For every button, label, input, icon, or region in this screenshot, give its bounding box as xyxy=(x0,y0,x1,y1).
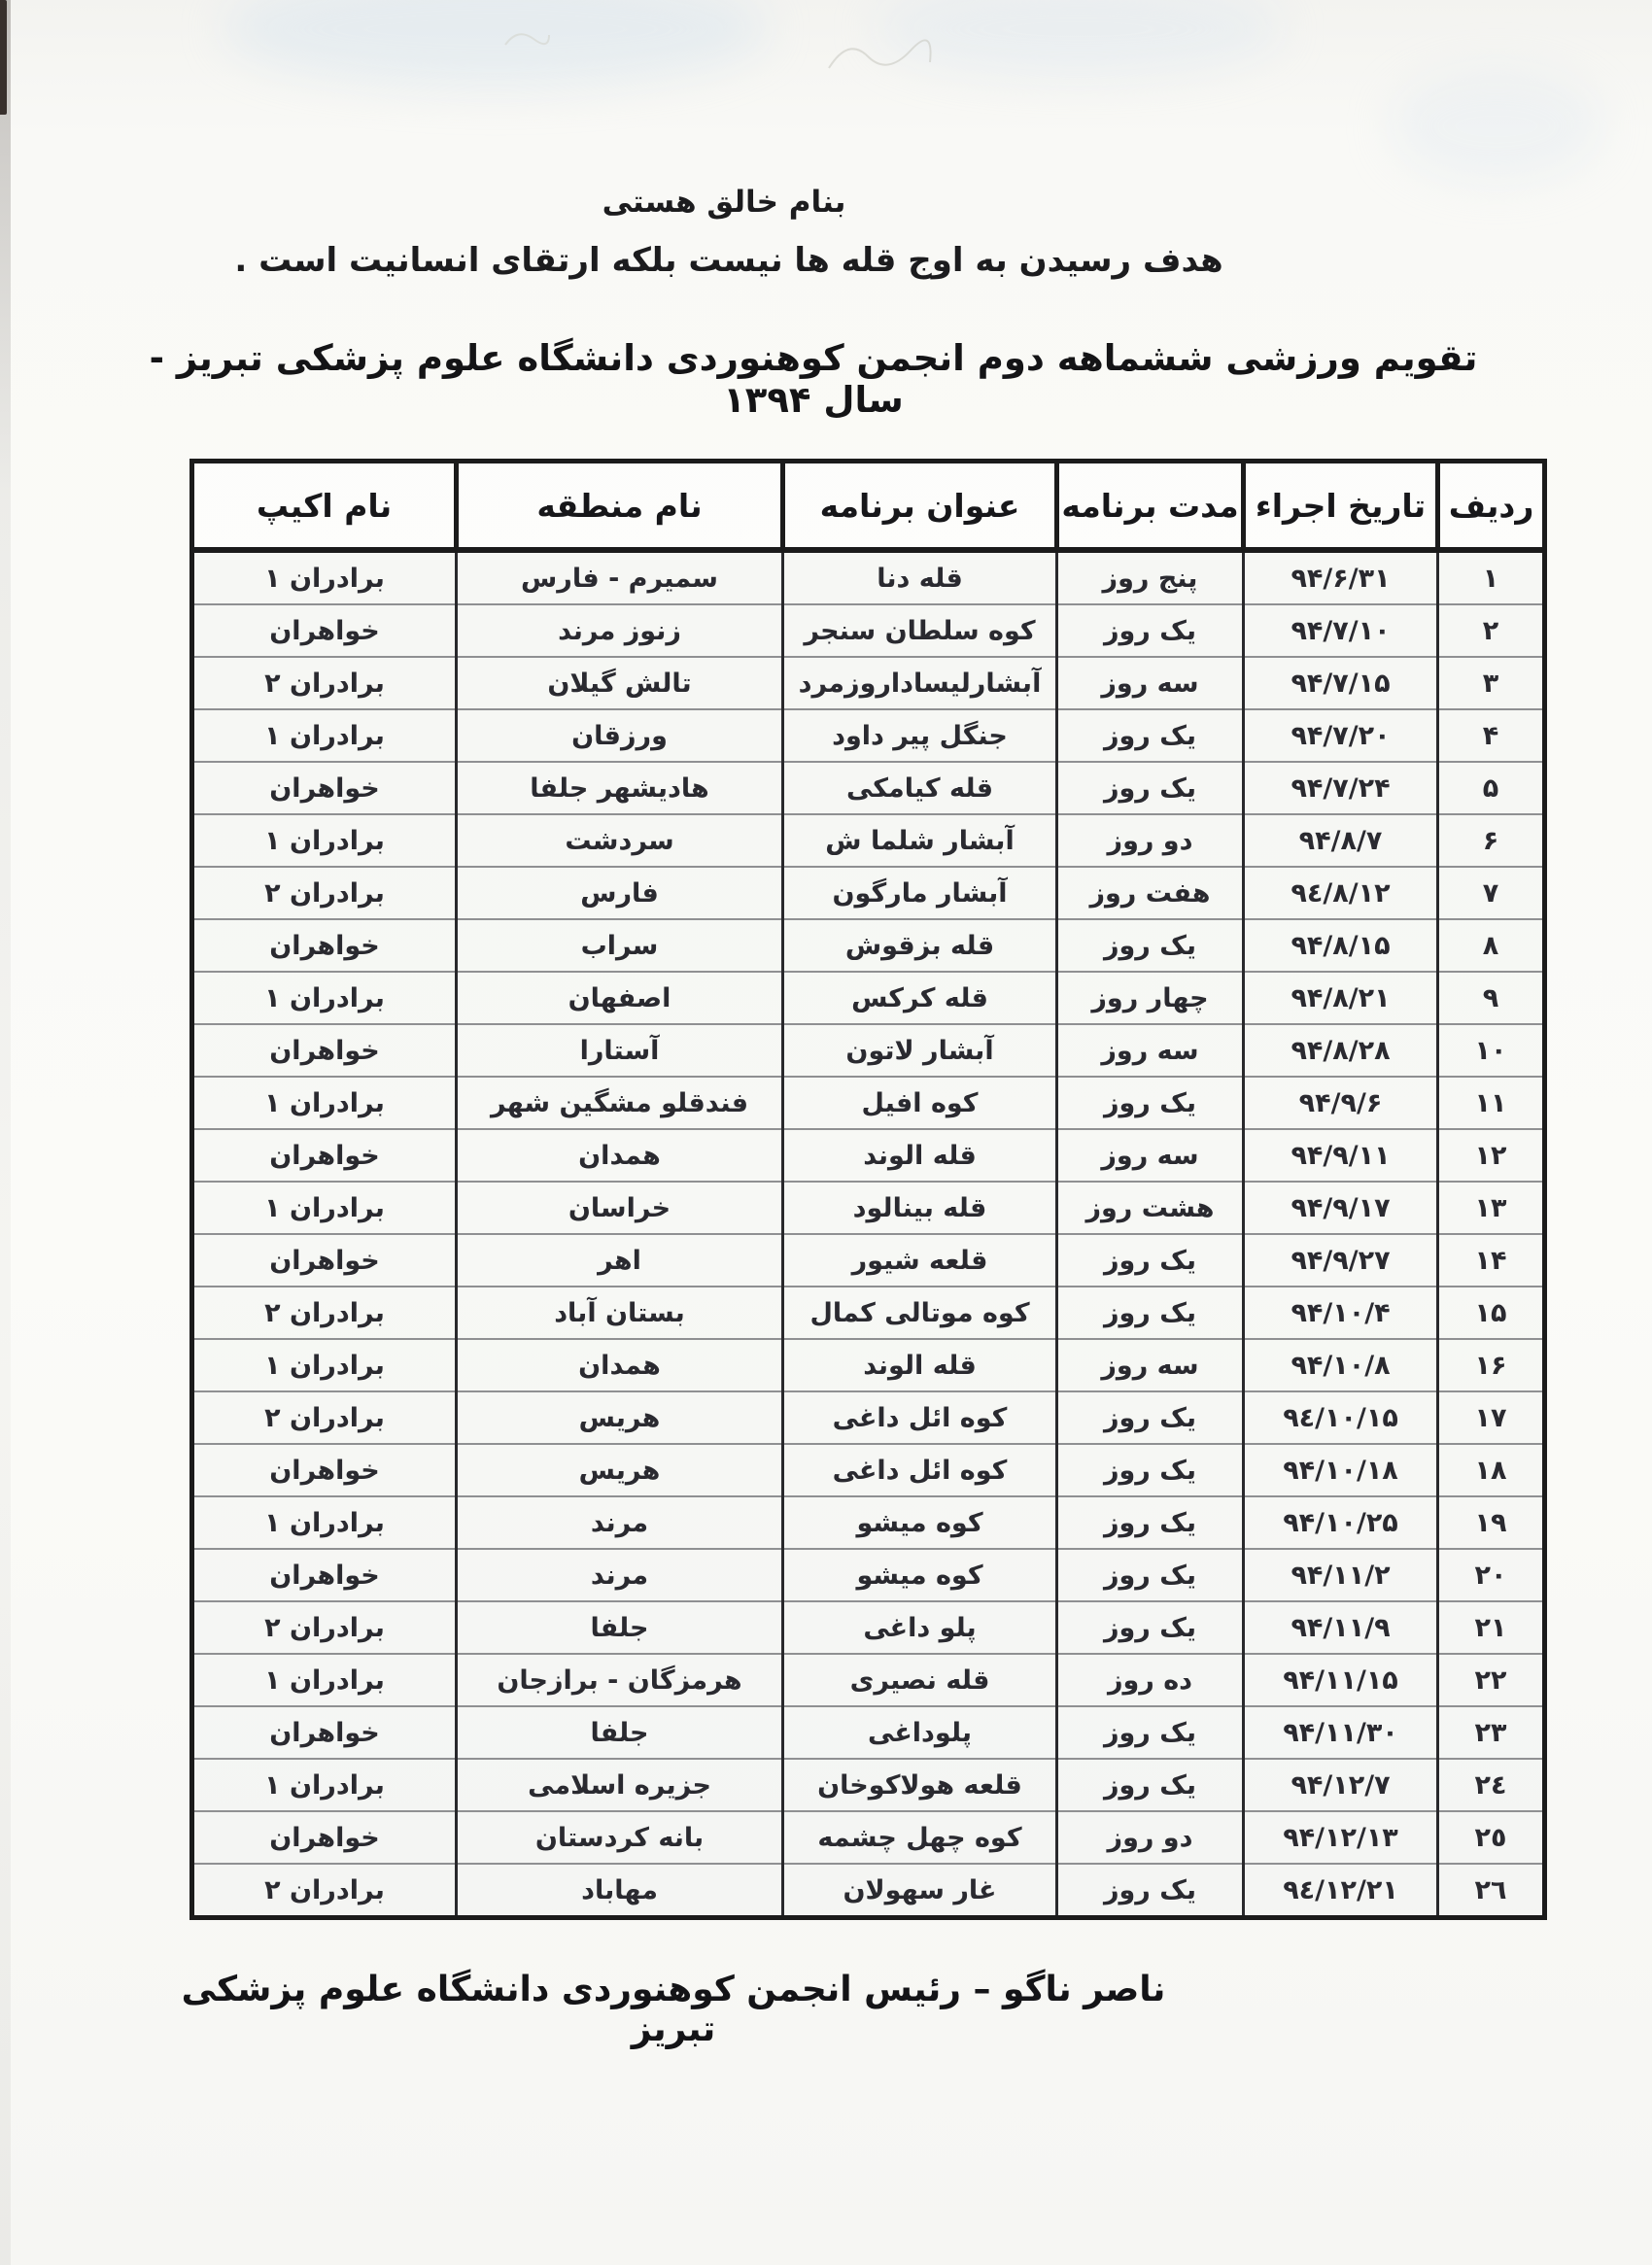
document-title: تقویم ورزشی ششماهه دوم انجمن کوهنوردی دا… xyxy=(133,337,1494,421)
title-cell: کوه ائل داغی xyxy=(783,1444,1057,1496)
duration-cell: یک روز xyxy=(1057,1234,1244,1287)
region-cell: بستان آباد xyxy=(457,1287,783,1339)
pencil-scribble xyxy=(821,29,938,83)
title-cell: قله نصیری xyxy=(783,1654,1057,1706)
signature-line: ناصر ناگو – رئیس انجمن کوهنوردی دانشگاه … xyxy=(139,1970,1208,2049)
date-cell: ۹۴/۸/۷ xyxy=(1244,814,1438,867)
duration-cell: یک روز xyxy=(1057,1759,1244,1811)
title-cell: کوه افیل xyxy=(783,1077,1057,1129)
duration-cell: پنج روز xyxy=(1057,550,1244,604)
table-row: ۱۲۹۴/۹/۱۱سه روزقله الوندهمدانخواهران xyxy=(192,1129,1545,1182)
region-cell: هریس xyxy=(457,1444,783,1496)
duration-cell: دو روز xyxy=(1057,814,1244,867)
team-cell: خواهران xyxy=(192,604,457,657)
team-cell: برادران ۱ xyxy=(192,1182,457,1234)
duration-cell: یک روز xyxy=(1057,1864,1244,1918)
region-cell: سراب xyxy=(457,919,783,972)
table-row: ۹۹۴/۸/۲۱چهار روزقله کرکساصفهانبرادران ۱ xyxy=(192,972,1545,1024)
duration-cell: یک روز xyxy=(1057,1496,1244,1549)
duration-cell: چهار روز xyxy=(1057,972,1244,1024)
table-row: ۲۲۹۴/۱۱/۱۵ده روزقله نصیریهرمزگان - برازج… xyxy=(192,1654,1545,1706)
table-row: ۲٦۹٤/۱۲/۲۱یک روزغار سهولانمهابادبرادران … xyxy=(192,1864,1545,1918)
date-cell: ۹۴/۹/۶ xyxy=(1244,1077,1438,1129)
date-cell: ۹۴/۸/۱۵ xyxy=(1244,919,1438,972)
title-cell: قله دنا xyxy=(783,550,1057,604)
rownum-cell: ۱ xyxy=(1438,550,1545,604)
region-cell: مرند xyxy=(457,1496,783,1549)
region-cell: هریس xyxy=(457,1391,783,1444)
team-cell: برادران ۱ xyxy=(192,1077,457,1129)
date-cell: ۹۴/۷/۲۰ xyxy=(1244,709,1438,762)
date-cell: ۹۴/۷/۲۴ xyxy=(1244,762,1438,814)
date-cell: ۹۴/۹/۱۷ xyxy=(1244,1182,1438,1234)
region-cell: جلفا xyxy=(457,1601,783,1654)
header-execution-date: تاریخ اجراء xyxy=(1244,462,1438,551)
table-row: ۸۹۴/۸/۱۵یک روزقله بزقوشسرابخواهران xyxy=(192,919,1545,972)
rownum-cell: ۵ xyxy=(1438,762,1545,814)
team-cell: برادران ۲ xyxy=(192,657,457,709)
title-cell: قله الوند xyxy=(783,1129,1057,1182)
region-cell: همدان xyxy=(457,1339,783,1391)
motto-heading: هدف رسیدن به اوج قله ها نیست بلکه ارتقای… xyxy=(0,241,1458,280)
title-cell: کوه میشو xyxy=(783,1496,1057,1549)
rownum-cell: ۲۰ xyxy=(1438,1549,1545,1601)
table-row: ۴۹۴/۷/۲۰یک روزجنگل پیر داودورزقانبرادران… xyxy=(192,709,1545,762)
date-cell: ۹۴/۱۱/۹ xyxy=(1244,1601,1438,1654)
header-row-number: ردیف xyxy=(1438,462,1545,551)
title-cell: جنگل پیر داود xyxy=(783,709,1057,762)
region-cell: سردشت xyxy=(457,814,783,867)
team-cell: برادران ۱ xyxy=(192,814,457,867)
title-cell: آبشار شلما ش xyxy=(783,814,1057,867)
date-cell: ۹۴/۱۱/۲ xyxy=(1244,1549,1438,1601)
region-cell: جزیره اسلامی xyxy=(457,1759,783,1811)
table-row: ۵۹۴/۷/۲۴یک روزقله کیامکیهادیشهر جلفاخواه… xyxy=(192,762,1545,814)
table-row: ۱۸۹۴/۱۰/۱۸یک روزکوه ائل داغیهریسخواهران xyxy=(192,1444,1545,1496)
date-cell: ۹۴/۷/۱۵ xyxy=(1244,657,1438,709)
header-row: ردیف تاریخ اجراء مدت برنامه عنوان برنامه… xyxy=(192,462,1545,551)
date-cell: ۹۴/۸/۲۸ xyxy=(1244,1024,1438,1077)
rownum-cell: ۳ xyxy=(1438,657,1545,709)
region-cell: جلفا xyxy=(457,1706,783,1759)
duration-cell: سه روز xyxy=(1057,657,1244,709)
title-cell: قلعه شیور xyxy=(783,1234,1057,1287)
duration-cell: یک روز xyxy=(1057,1287,1244,1339)
duration-cell: یک روز xyxy=(1057,1444,1244,1496)
date-cell: ۹۴/۹/۲۷ xyxy=(1244,1234,1438,1287)
team-cell: خواهران xyxy=(192,1129,457,1182)
table-row: ۷۹٤/۸/۱۲هفت روزآبشار مارگونفارسبرادران ۲ xyxy=(192,867,1545,919)
rownum-cell: ۱۹ xyxy=(1438,1496,1545,1549)
rownum-cell: ۱۱ xyxy=(1438,1077,1545,1129)
title-cell: کوه موتالی کمال xyxy=(783,1287,1057,1339)
duration-cell: یک روز xyxy=(1057,709,1244,762)
scan-left-edge-mark xyxy=(0,0,7,115)
rownum-cell: ۱۲ xyxy=(1438,1129,1545,1182)
date-cell: ۹٤/۸/۱۲ xyxy=(1244,867,1438,919)
title-cell: قله کیامکی xyxy=(783,762,1057,814)
team-cell: خواهران xyxy=(192,1549,457,1601)
date-cell: ۹۴/۱۲/۱۳ xyxy=(1244,1811,1438,1864)
team-cell: برادران ۱ xyxy=(192,1339,457,1391)
title-cell: قله بزقوش xyxy=(783,919,1057,972)
rownum-cell: ۱۷ xyxy=(1438,1391,1545,1444)
region-cell: اصفهان xyxy=(457,972,783,1024)
title-cell: غار سهولان xyxy=(783,1864,1057,1918)
team-cell: برادران ۱ xyxy=(192,1759,457,1811)
duration-cell: هشت روز xyxy=(1057,1182,1244,1234)
rownum-cell: ۷ xyxy=(1438,867,1545,919)
team-cell: برادران ۱ xyxy=(192,1496,457,1549)
rownum-cell: ۴ xyxy=(1438,709,1545,762)
team-cell: برادران ۲ xyxy=(192,867,457,919)
title-cell: کوه چهل چشمه xyxy=(783,1811,1057,1864)
date-cell: ۹۴/۱۱/۳۰ xyxy=(1244,1706,1438,1759)
title-cell: کوه میشو xyxy=(783,1549,1057,1601)
date-cell: ۹۴/۱۰/۴ xyxy=(1244,1287,1438,1339)
team-cell: برادران ۲ xyxy=(192,1601,457,1654)
scanned-document-page: { "colors": { "ink": "#1b1b1b", "paper":… xyxy=(0,0,1652,2265)
region-cell: مرند xyxy=(457,1549,783,1601)
date-cell: ۹۴/۱۲/۷ xyxy=(1244,1759,1438,1811)
date-cell: ۹٤/۱۰/۱۵ xyxy=(1244,1391,1438,1444)
rownum-cell: ۱۳ xyxy=(1438,1182,1545,1234)
date-cell: ۹۴/۱۰/۲۵ xyxy=(1244,1496,1438,1549)
title-cell: آبشار مارگون xyxy=(783,867,1057,919)
rownum-cell: ۶ xyxy=(1438,814,1545,867)
title-cell: پلو داغی xyxy=(783,1601,1057,1654)
title-cell: پلوداغی xyxy=(783,1706,1057,1759)
scan-tint-blob xyxy=(224,0,768,87)
duration-cell: هفت روز xyxy=(1057,867,1244,919)
rownum-cell: ۸ xyxy=(1438,919,1545,972)
rownum-cell: ۲ xyxy=(1438,604,1545,657)
team-cell: برادران ۱ xyxy=(192,1654,457,1706)
region-cell: آستارا xyxy=(457,1024,783,1077)
duration-cell: سه روز xyxy=(1057,1129,1244,1182)
table-row: ۲٥۹۴/۱۲/۱۳دو روزکوه چهل چشمهبانه کردستان… xyxy=(192,1811,1545,1864)
title-cell: قله کرکس xyxy=(783,972,1057,1024)
region-cell: خراسان xyxy=(457,1182,783,1234)
table-row: ۱۳۹۴/۹/۱۷هشت روزقله بینالودخراسانبرادران… xyxy=(192,1182,1545,1234)
team-cell: برادران ۱ xyxy=(192,550,457,604)
schedule-table-body: ۱۹۴/۶/۳۱پنج روزقله دناسمیرم - فارسبرادرا… xyxy=(192,550,1545,1918)
duration-cell: یک روز xyxy=(1057,1549,1244,1601)
title-cell: آبشارلیساداروزمرد xyxy=(783,657,1057,709)
table-row: ۶۹۴/۸/۷دو روزآبشار شلما شسردشتبرادران ۱ xyxy=(192,814,1545,867)
title-cell: قلعه هولاکوخان xyxy=(783,1759,1057,1811)
date-cell: ۹۴/۷/۱۰ xyxy=(1244,604,1438,657)
rownum-cell: ۹ xyxy=(1438,972,1545,1024)
bismillah-heading: بنام خالق هستی xyxy=(0,185,1448,220)
team-cell: خواهران xyxy=(192,1706,457,1759)
region-cell: تالش گیلان xyxy=(457,657,783,709)
schedule-table-header: ردیف تاریخ اجراء مدت برنامه عنوان برنامه… xyxy=(192,462,1545,551)
schedule-table: ردیف تاریخ اجراء مدت برنامه عنوان برنامه… xyxy=(189,459,1547,1920)
duration-cell: یک روز xyxy=(1057,1391,1244,1444)
table-row: ۱۷۹٤/۱۰/۱۵یک روزکوه ائل داغیهریسبرادران … xyxy=(192,1391,1545,1444)
region-cell: بانه کردستان xyxy=(457,1811,783,1864)
team-cell: برادران ۲ xyxy=(192,1391,457,1444)
scan-left-edge-shade xyxy=(0,0,11,2265)
team-cell: خواهران xyxy=(192,919,457,972)
header-program-duration: مدت برنامه xyxy=(1057,462,1244,551)
region-cell: سمیرم - فارس xyxy=(457,550,783,604)
header-team-name: نام اکیپ xyxy=(192,462,457,551)
date-cell: ۹۴/۹/۱۱ xyxy=(1244,1129,1438,1182)
date-cell: ۹۴/۶/۳۱ xyxy=(1244,550,1438,604)
date-cell: ۹۴/۱۰/۸ xyxy=(1244,1339,1438,1391)
rownum-cell: ۲۳ xyxy=(1438,1706,1545,1759)
team-cell: خواهران xyxy=(192,1234,457,1287)
table-row: ۲۳۹۴/۱۱/۳۰یک روزپلوداغیجلفاخواهران xyxy=(192,1706,1545,1759)
duration-cell: یک روز xyxy=(1057,1706,1244,1759)
header-region-name: نام منطقه xyxy=(457,462,783,551)
team-cell: خواهران xyxy=(192,1811,457,1864)
duration-cell: یک روز xyxy=(1057,919,1244,972)
table-row: ۱۴۹۴/۹/۲۷یک روزقلعه شیوراهرخواهران xyxy=(192,1234,1545,1287)
rownum-cell: ۲٥ xyxy=(1438,1811,1545,1864)
team-cell: خواهران xyxy=(192,1024,457,1077)
region-cell: همدان xyxy=(457,1129,783,1182)
rownum-cell: ۱۶ xyxy=(1438,1339,1545,1391)
pencil-scribble xyxy=(500,23,554,52)
rownum-cell: ۱۰ xyxy=(1438,1024,1545,1077)
table-row: ۳۹۴/۷/۱۵سه روزآبشارلیساداروزمردتالش گیلا… xyxy=(192,657,1545,709)
duration-cell: ده روز xyxy=(1057,1654,1244,1706)
rownum-cell: ۲۲ xyxy=(1438,1654,1545,1706)
region-cell: فندقلو مشگین شهر xyxy=(457,1077,783,1129)
scan-tint-blob xyxy=(1390,68,1603,185)
rownum-cell: ۲۱ xyxy=(1438,1601,1545,1654)
title-cell: قله بینالود xyxy=(783,1182,1057,1234)
duration-cell: یک روز xyxy=(1057,762,1244,814)
duration-cell: یک روز xyxy=(1057,1077,1244,1129)
duration-cell: دو روز xyxy=(1057,1811,1244,1864)
table-row: ۲۱۹۴/۱۱/۹یک روزپلو داغیجلفابرادران ۲ xyxy=(192,1601,1545,1654)
table-row: ۲۰۹۴/۱۱/۲یک روزکوه میشومرندخواهران xyxy=(192,1549,1545,1601)
title-cell: آبشار لاتون xyxy=(783,1024,1057,1077)
table-row: ۱۱۹۴/۹/۶یک روزکوه افیلفندقلو مشگین شهربر… xyxy=(192,1077,1545,1129)
region-cell: هرمزگان - برازجان xyxy=(457,1654,783,1706)
team-cell: خواهران xyxy=(192,762,457,814)
team-cell: برادران ۲ xyxy=(192,1287,457,1339)
table-row: ۲۹۴/۷/۱۰یک روزکوه سلطان سنجرزنوز مرندخوا… xyxy=(192,604,1545,657)
duration-cell: یک روز xyxy=(1057,1601,1244,1654)
duration-cell: یک روز xyxy=(1057,604,1244,657)
header-program-title: عنوان برنامه xyxy=(783,462,1057,551)
rownum-cell: ۲٤ xyxy=(1438,1759,1545,1811)
region-cell: هادیشهر جلفا xyxy=(457,762,783,814)
date-cell: ۹۴/۸/۲۱ xyxy=(1244,972,1438,1024)
duration-cell: سه روز xyxy=(1057,1339,1244,1391)
region-cell: اهر xyxy=(457,1234,783,1287)
table-row: ۲٤۹۴/۱۲/۷یک روزقلعه هولاکوخانجزیره اسلام… xyxy=(192,1759,1545,1811)
team-cell: خواهران xyxy=(192,1444,457,1496)
table-row: ۱۵۹۴/۱۰/۴یک روزکوه موتالی کمالبستان آباد… xyxy=(192,1287,1545,1339)
duration-cell: سه روز xyxy=(1057,1024,1244,1077)
table-row: ۱۰۹۴/۸/۲۸سه روزآبشار لاتونآستاراخواهران xyxy=(192,1024,1545,1077)
date-cell: ۹٤/۱۲/۲۱ xyxy=(1244,1864,1438,1918)
date-cell: ۹۴/۱۱/۱۵ xyxy=(1244,1654,1438,1706)
table-row: ۱۶۹۴/۱۰/۸سه روزقله الوندهمدانبرادران ۱ xyxy=(192,1339,1545,1391)
rownum-cell: ۱۵ xyxy=(1438,1287,1545,1339)
table-row: ۱۹۹۴/۱۰/۲۵یک روزکوه میشومرندبرادران ۱ xyxy=(192,1496,1545,1549)
title-cell: قله الوند xyxy=(783,1339,1057,1391)
region-cell: ورزقان xyxy=(457,709,783,762)
title-cell: کوه ائل داغی xyxy=(783,1391,1057,1444)
rownum-cell: ۱۴ xyxy=(1438,1234,1545,1287)
region-cell: مهاباد xyxy=(457,1864,783,1918)
team-cell: برادران ۱ xyxy=(192,972,457,1024)
rownum-cell: ۱۸ xyxy=(1438,1444,1545,1496)
rownum-cell: ۲٦ xyxy=(1438,1864,1545,1918)
date-cell: ۹۴/۱۰/۱۸ xyxy=(1244,1444,1438,1496)
team-cell: برادران ۱ xyxy=(192,709,457,762)
region-cell: زنوز مرند xyxy=(457,604,783,657)
table-row: ۱۹۴/۶/۳۱پنج روزقله دناسمیرم - فارسبرادرا… xyxy=(192,550,1545,604)
title-cell: کوه سلطان سنجر xyxy=(783,604,1057,657)
team-cell: برادران ۲ xyxy=(192,1864,457,1918)
region-cell: فارس xyxy=(457,867,783,919)
